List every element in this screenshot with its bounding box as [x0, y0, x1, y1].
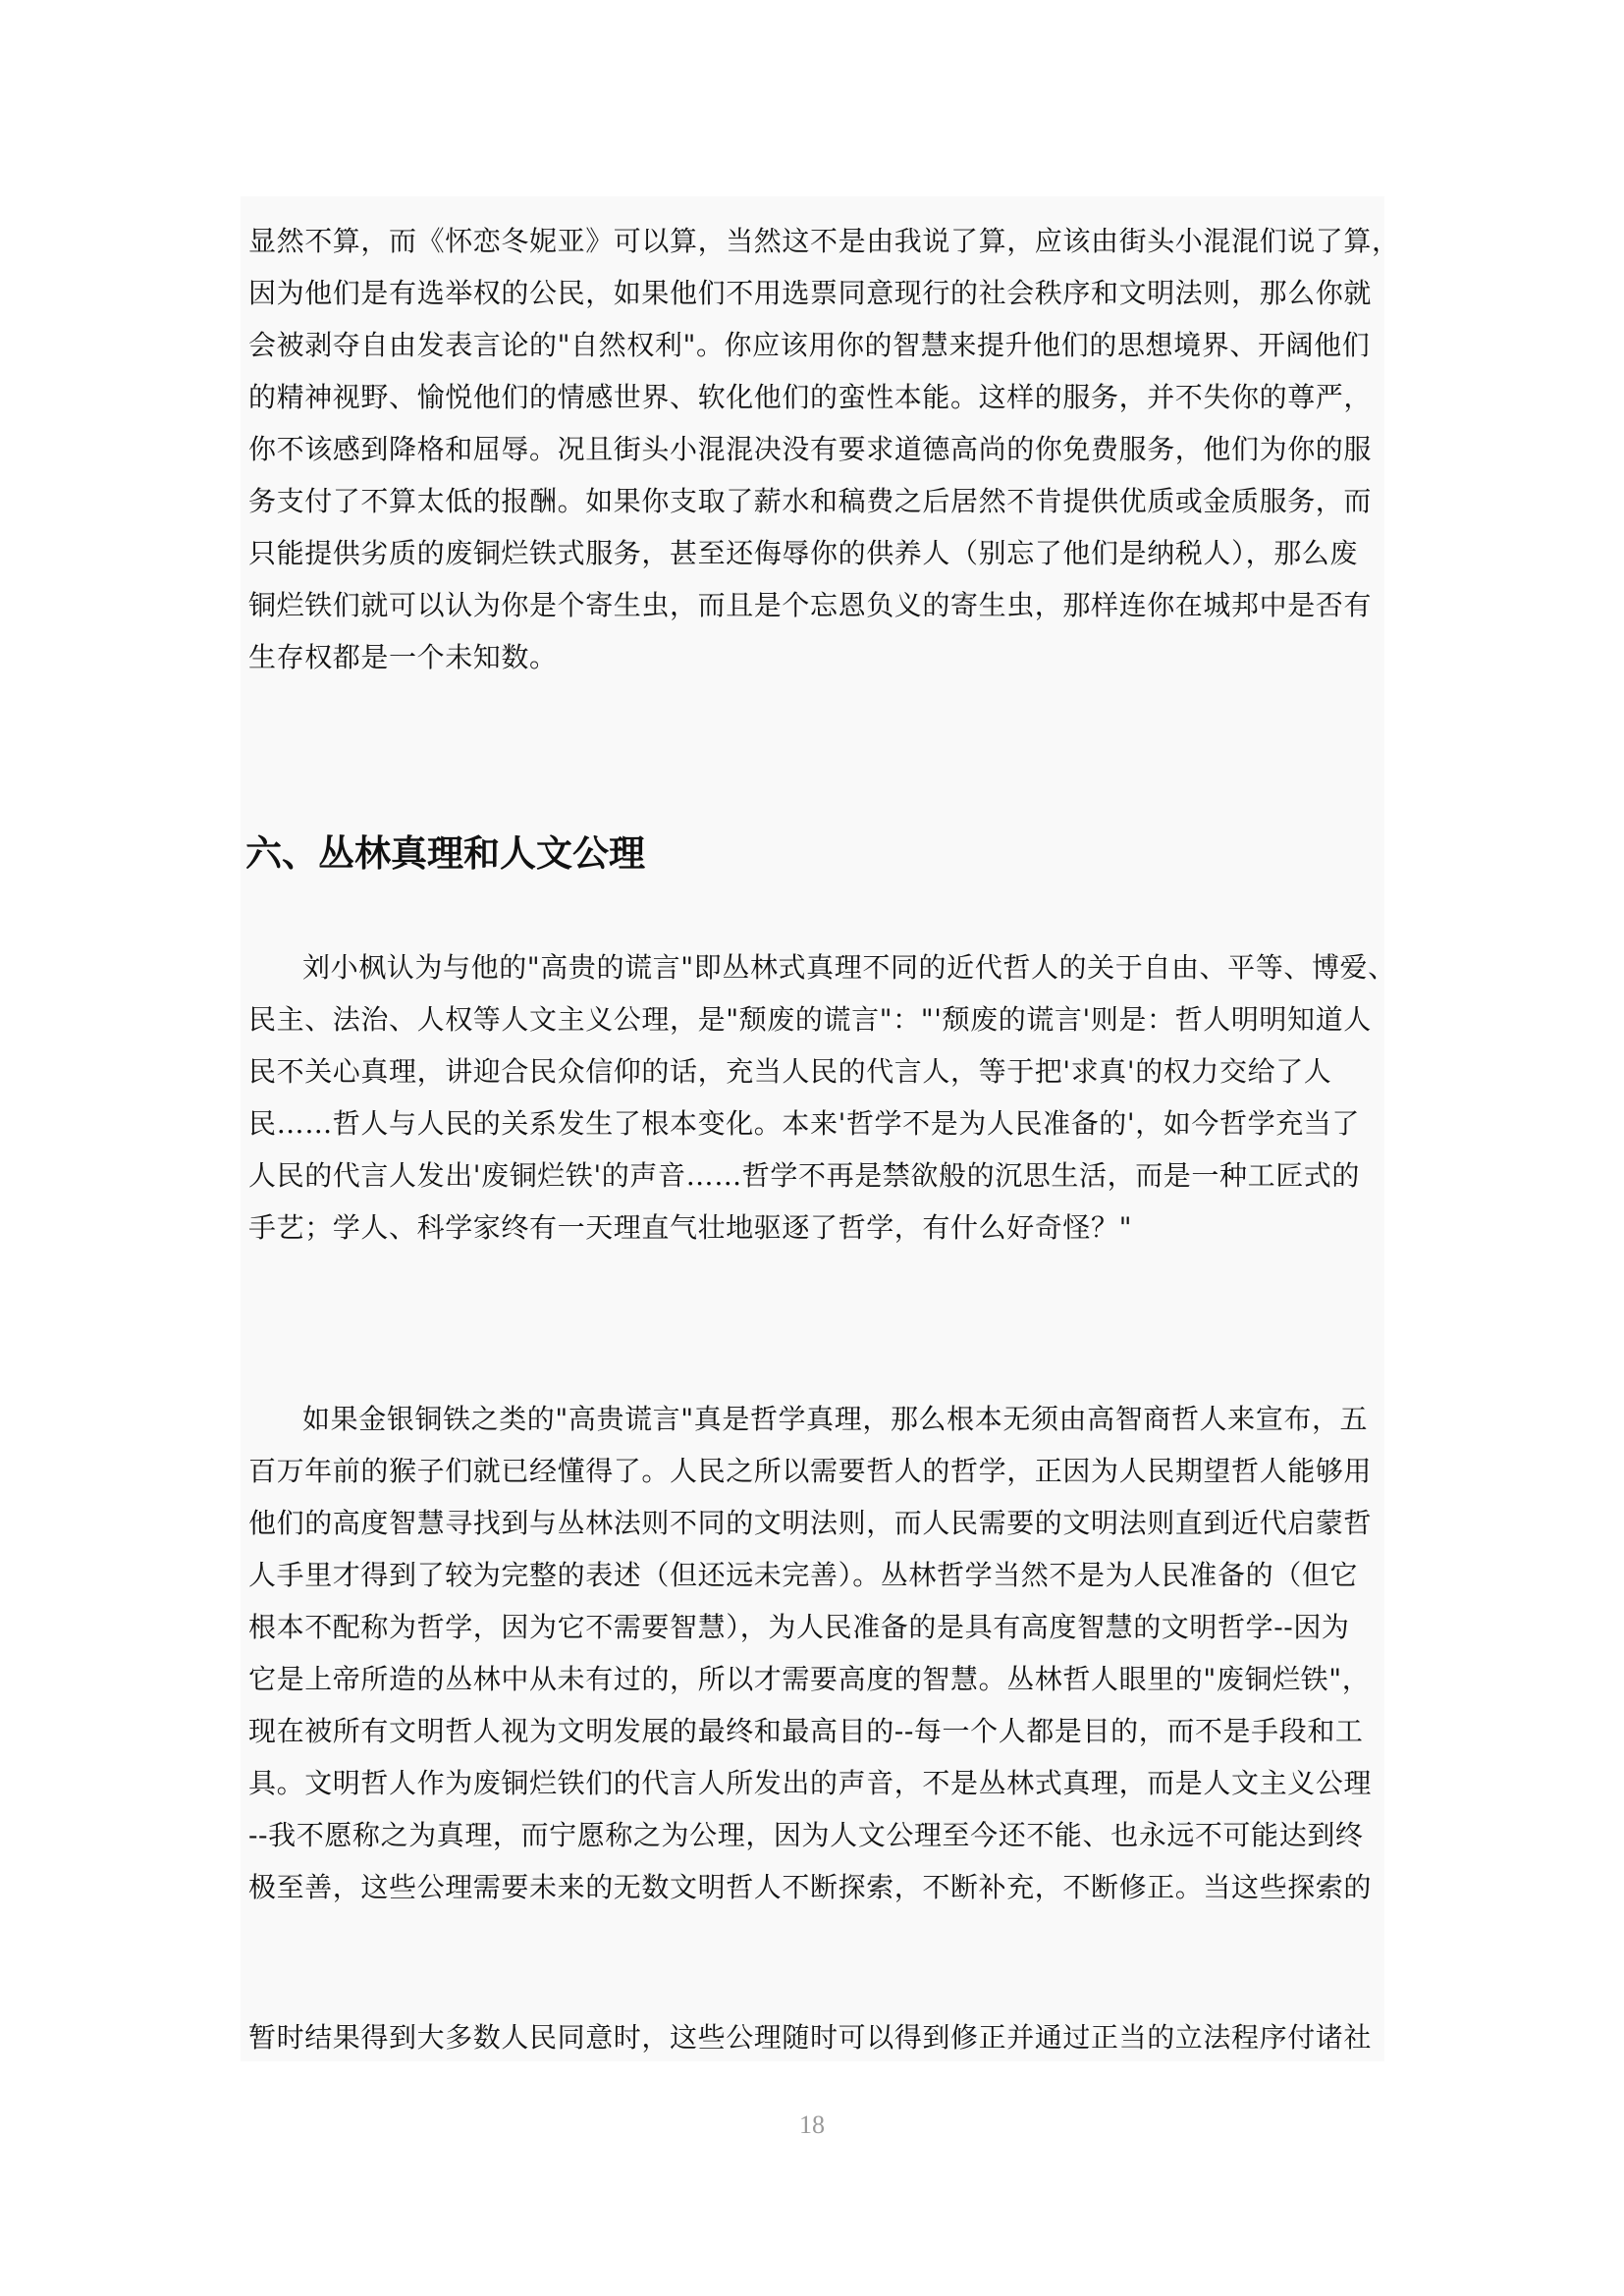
paragraph-line: 根本不配称为哲学，因为它不需要智慧），为人民准备的是具有高度智慧的文明哲学--因… [248, 1610, 1387, 1645]
paragraph-line: 具。文明哲人作为废铜烂铁们的代言人所发出的声音，不是丛林式真理，而是人文主义公理 [248, 1766, 1387, 1801]
paragraph-line: 百万年前的猴子们就已经懂得了。人民之所以需要哲人的哲学，正因为人民期望哲人能够用 [248, 1454, 1387, 1489]
paragraph-line: 铜烂铁们就可以认为你是个寄生虫，而且是个忘恩负义的寄生虫，那样连你在城邦中是否有 [248, 588, 1387, 623]
paragraph-line: 务支付了不算太低的报酬。如果你支取了薪水和稿费之后居然不肯提供优质或金质服务，而 [248, 484, 1387, 519]
paragraph-line: 他们的高度智慧寻找到与丛林法则不同的文明法则，而人民需要的文明法则直到近代启蒙哲 [248, 1506, 1387, 1541]
paragraph-line: 如果金银铜铁之类的"高贵谎言"真是哲学真理，那么根本无须由高智商哲人来宣布，五 [302, 1402, 1441, 1437]
paragraph-line: 人手里才得到了较为完整的表述（但还远未完善）。丛林哲学当然不是为人民准备的（但它 [248, 1558, 1387, 1593]
paragraph-line: 刘小枫认为与他的"高贵的谎言"即丛林式真理不同的近代哲人的关于自由、平等、博爱、 [302, 950, 1441, 986]
paragraph-line: 现在被所有文明哲人视为文明发展的最终和最高目的--每一个人都是目的，而不是手段和… [248, 1714, 1387, 1749]
paragraph-line: 显然不算，而《怀恋冬妮亚》可以算，当然这不是由我说了算，应该由街头小混混们说了算… [248, 224, 1387, 259]
paragraph-line: 极至善，这些公理需要未来的无数文明哲人不断探索，不断补充，不断修正。当这些探索的 [248, 1870, 1387, 1905]
paragraph-line: 它是上帝所造的丛林中从未有过的，所以才需要高度的智慧。丛林哲人眼里的"废铜烂铁"… [248, 1662, 1387, 1697]
section-heading: 六、丛林真理和人文公理 [245, 832, 645, 876]
paragraph-line: 因为他们是有选举权的公民，如果他们不用选票同意现行的社会秩序和文明法则，那么你就 [248, 276, 1387, 311]
paragraph-line: 生存权都是一个未知数。 [248, 640, 1387, 675]
paragraph-line: 手艺；学人、科学家终有一天理直气壮地驱逐了哲学，有什么好奇怪？" [248, 1210, 1387, 1246]
paragraph-line: 的精神视野、愉悦他们的情感世界、软化他们的蛮性本能。这样的服务，并不失你的尊严， [248, 380, 1387, 415]
paragraph-line: --我不愿称之为真理，而宁愿称之为公理，因为人文公理至今还不能、也永远不可能达到… [248, 1818, 1387, 1853]
paragraph-line: 会被剥夺自由发表言论的"自然权利"。你应该用你的智慧来提升他们的思想境界、开阔他… [248, 328, 1387, 363]
paragraph-line: 你不该感到降格和屈辱。况且街头小混混决没有要求道德高尚的你免费服务，他们为你的服 [248, 432, 1387, 467]
paragraph-line: 人民的代言人发出'废铜烂铁'的声音……哲学不再是禁欲般的沉思生活，而是一种工匠式… [248, 1158, 1387, 1194]
paragraph-line: 民主、法治、人权等人文主义公理，是"颓废的谎言"："'颓废的谎言'则是：哲人明明… [248, 1002, 1387, 1038]
paragraph-line: 民……哲人与人民的关系发生了根本变化。本来'哲学不是为人民准备的'，如今哲学充当… [248, 1106, 1387, 1142]
paragraph-line: 只能提供劣质的废铜烂铁式服务，甚至还侮辱你的供养人（别忘了他们是纳税人），那么废 [248, 536, 1387, 571]
paragraph-line: 暂时结果得到大多数人民同意时，这些公理随时可以得到修正并通过正当的立法程序付诸社 [248, 2020, 1387, 2056]
page-number: 18 [0, 2110, 1624, 2140]
paragraph-line: 民不关心真理，讲迎合民众信仰的话，充当人民的代言人，等于把'求真'的权力交给了人 [248, 1054, 1387, 1090]
